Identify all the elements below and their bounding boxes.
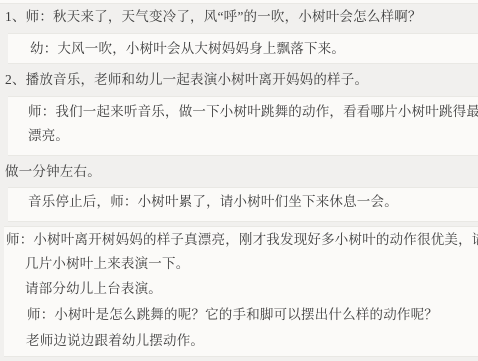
- teacher-instruction-line-1: 师：我们一起来听音乐，做一下小树叶跳舞的动作，看看哪片小树叶跳得最: [28, 103, 478, 120]
- item-1-teacher-question-line: 1、师：秋天来了，天气变冷了，风“呼”的一吹，小树叶会怎么样啊？: [5, 8, 422, 25]
- children-perform-note-line: 请部分幼儿上台表演。: [25, 280, 162, 297]
- teacher-praise-line-2: 几片小树叶上来表演一下。: [25, 255, 189, 272]
- teacher-dance-question-line: 师：小树叶是怎么跳舞的呢？它的手和脚可以摆出什么样的动作呢？: [27, 306, 438, 323]
- music-stop-teacher-line: 音乐停止后，师：小树叶累了，请小树叶们坐下来休息一会。: [28, 193, 398, 210]
- lesson-plan-document: 1、师：秋天来了，天气变冷了，风“呼”的一吹，小树叶会怎么样啊？ 幼：大风一吹，…: [0, 0, 478, 361]
- teacher-praise-line-1: 师：小树叶离开树妈妈的样子真漂亮，刚才我发现好多小树叶的动作很优美，请: [6, 231, 478, 248]
- teacher-instruction-line-2: 漂亮。: [28, 127, 69, 144]
- duration-note-line: 做一分钟左右。: [5, 163, 101, 180]
- item-2-activity-line: 2、播放音乐，老师和幼儿一起表演小树叶离开妈妈的样子。: [5, 71, 368, 88]
- top-row-remnant-band: [0, 0, 478, 4]
- child-answer-line: 幼：大风一吹，小树叶会从大树妈妈身上飘落下来。: [30, 40, 345, 57]
- teacher-demo-note-line: 老师边说边跟着幼儿摆动作。: [26, 332, 204, 349]
